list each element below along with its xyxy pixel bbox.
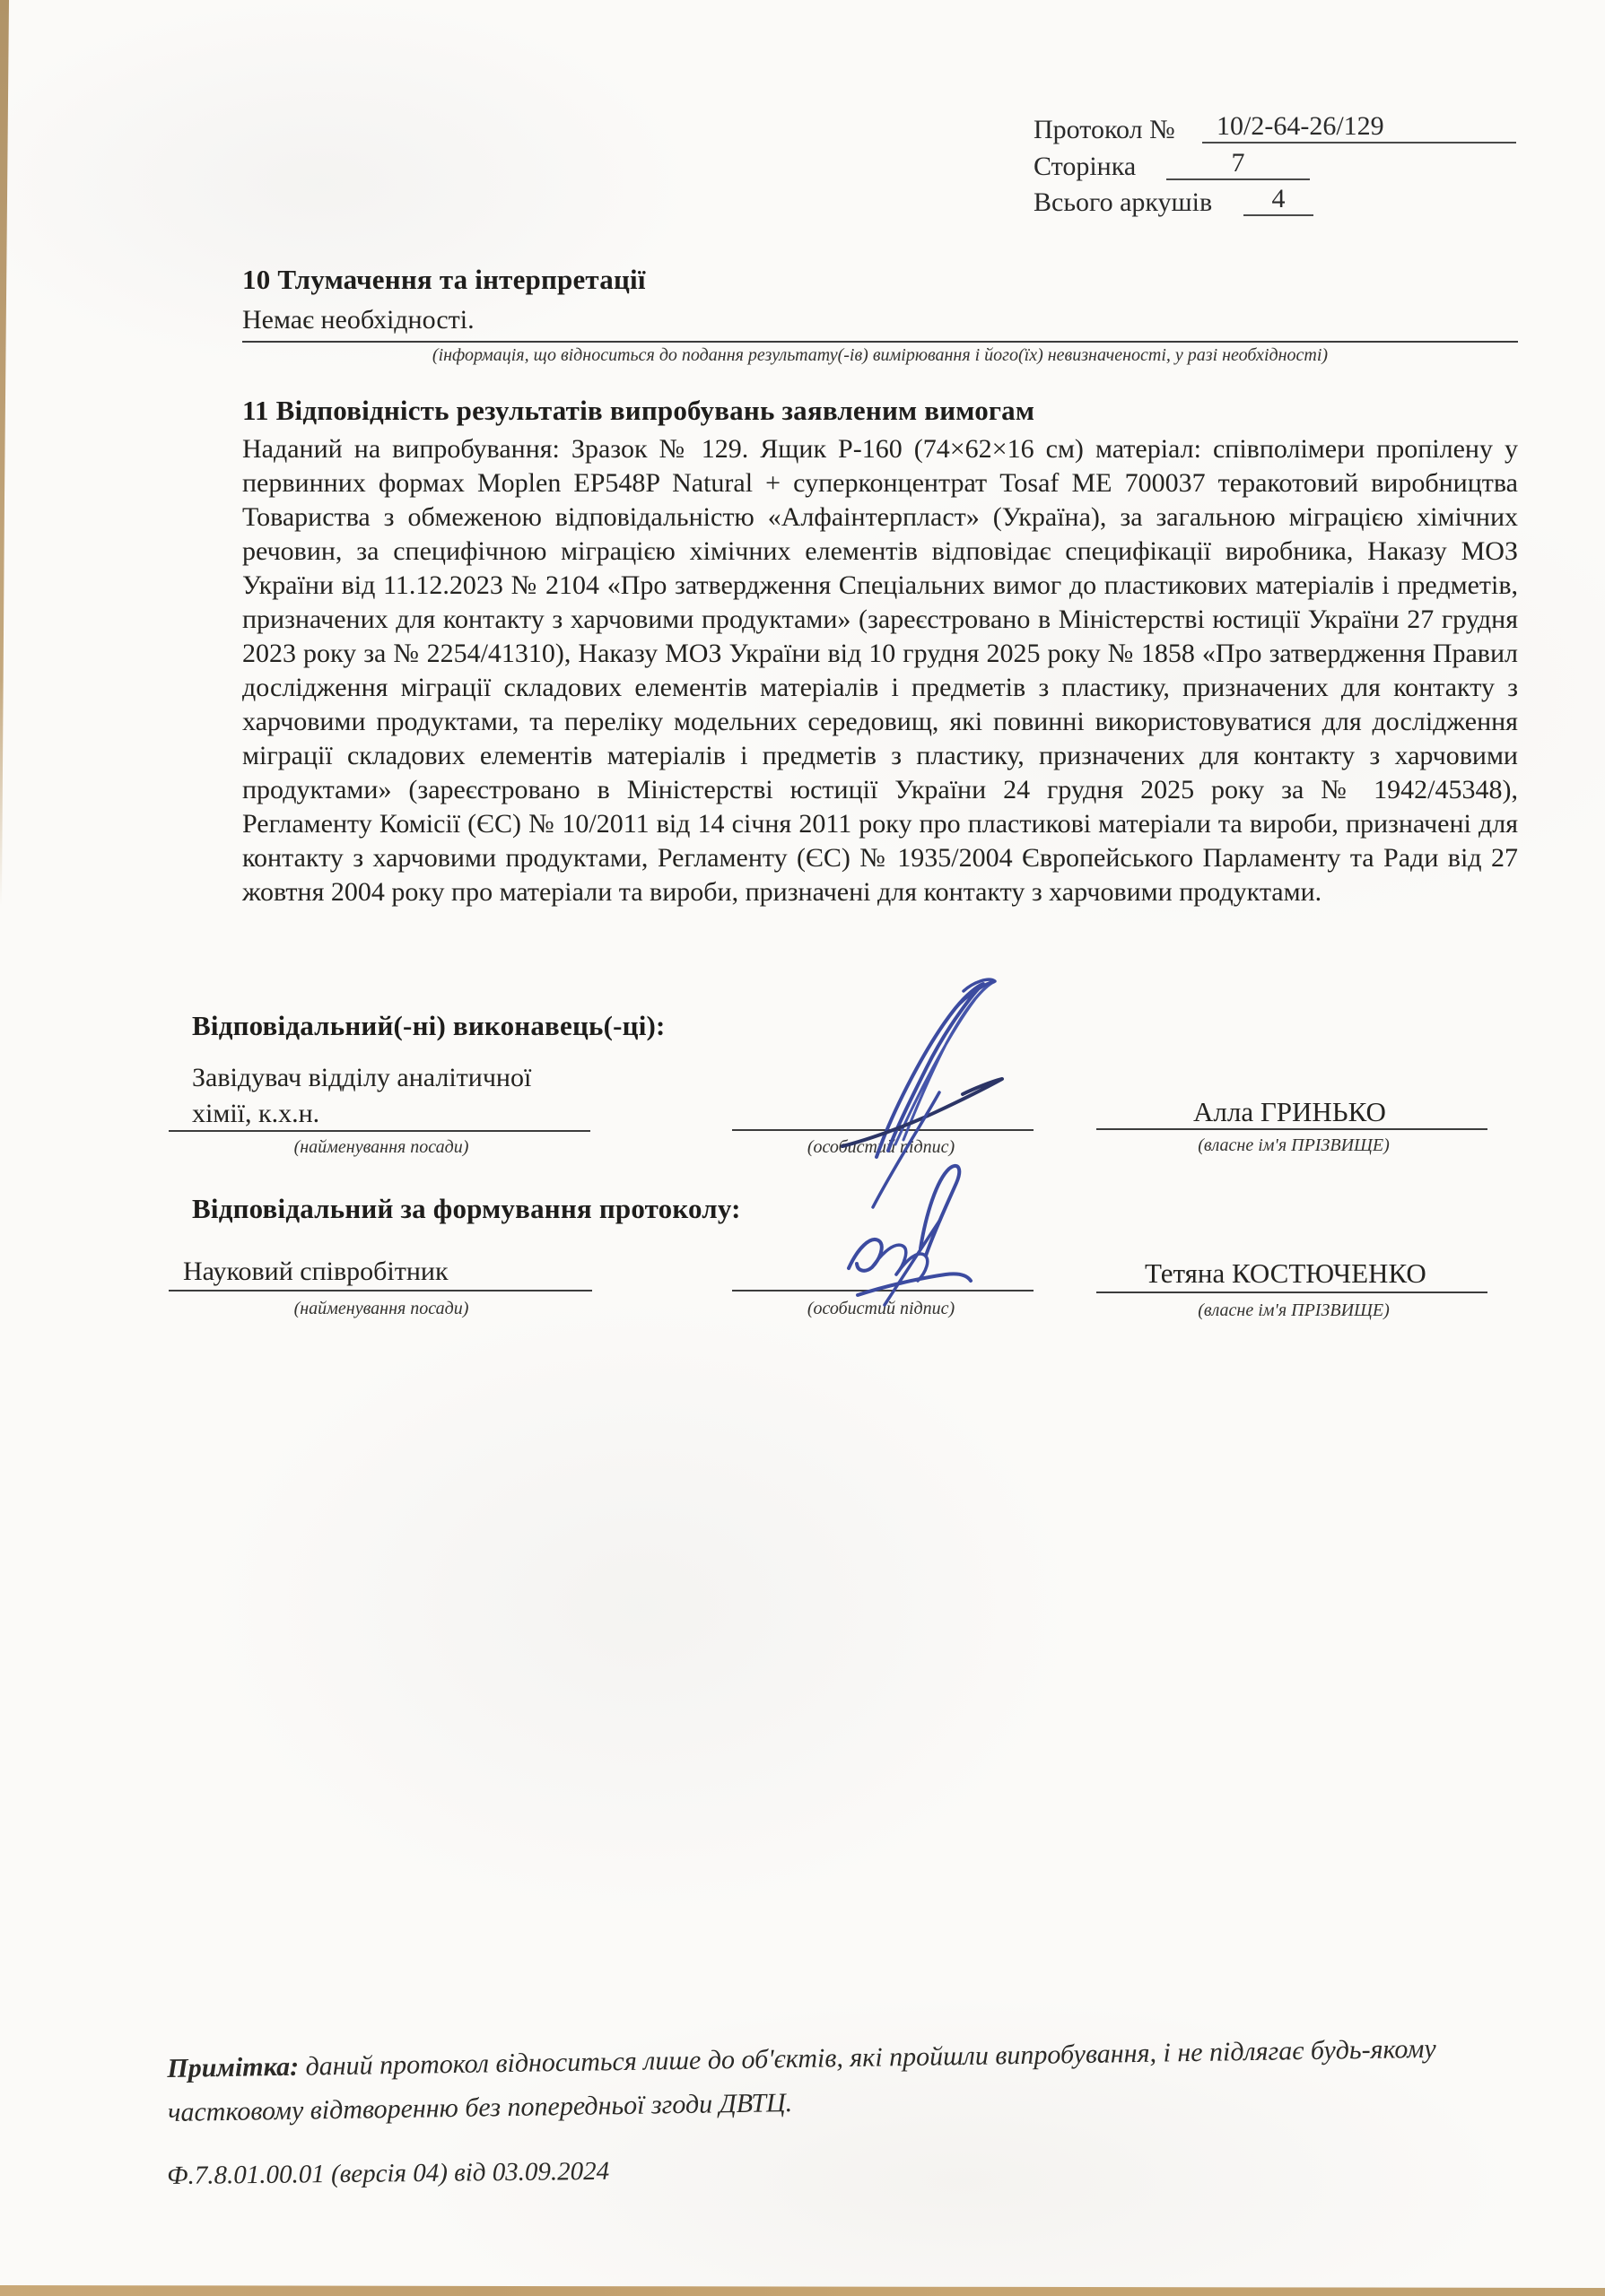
section-10-body: Немає необхідності.	[242, 303, 1518, 343]
executor-position-caption: (найменування посади)	[215, 1137, 547, 1158]
section-10: 10 Тлумачення та інтерпретації Немає нео…	[242, 264, 1518, 366]
section-10-caption: (інформація, що відноситься до подання р…	[242, 345, 1518, 366]
executor-position-line	[169, 1101, 590, 1132]
formation-position-caption: (найменування посади)	[215, 1299, 547, 1319]
formation-position-line	[169, 1259, 592, 1291]
scan-edge-left	[0, 0, 13, 906]
executor-name-caption: (власне ім'я ПРІЗВИЩЕ)	[1150, 1135, 1437, 1156]
protocol-number-label: Протокол №	[1034, 115, 1175, 145]
section-11-heading: 11 Відповідність результатів випробувань…	[242, 395, 1518, 427]
form-code: Ф.7.8.01.00.01 (версія 04) від 03.09.202…	[167, 2157, 609, 2191]
formation-name-caption: (власне ім'я ПРІЗВИЩЕ)	[1150, 1300, 1437, 1321]
protocol-number-value: 10/2-64-26/129	[1202, 111, 1516, 143]
page-number-value: 7	[1166, 148, 1310, 180]
total-sheets-label: Всього аркушів	[1034, 187, 1212, 218]
executor-name-line	[1096, 1101, 1487, 1130]
footer-note: Примітка: даний протокол відноситься лиш…	[167, 2026, 1487, 2135]
section-11-body: Наданий на випробування: Зразок № 129. Я…	[242, 432, 1518, 909]
page-number-label: Сторінка	[1034, 152, 1136, 182]
section-11: 11 Відповідність результатів випробувань…	[242, 395, 1518, 909]
formation-heading: Відповідальний за формування протоколу:	[192, 1193, 741, 1225]
scan-edge-bottom	[0, 2282, 1605, 2296]
formation-name-line	[1096, 1263, 1487, 1293]
executor-heading: Відповідальний(-ні) виконавець(-ці):	[192, 1010, 666, 1042]
footer-note-text: даний протокол відноситься лише до об'єк…	[168, 2034, 1436, 2127]
signature-kostyuchenko-image	[833, 1159, 1016, 1311]
scanned-protocol-page: Протокол № 10/2-64-26/129 Сторінка 7 Всь…	[0, 0, 1605, 2296]
total-sheets-value: 4	[1243, 184, 1313, 216]
section-10-heading: 10 Тлумачення та інтерпретації	[242, 264, 1518, 296]
footer-note-label: Примітка:	[167, 2052, 299, 2083]
